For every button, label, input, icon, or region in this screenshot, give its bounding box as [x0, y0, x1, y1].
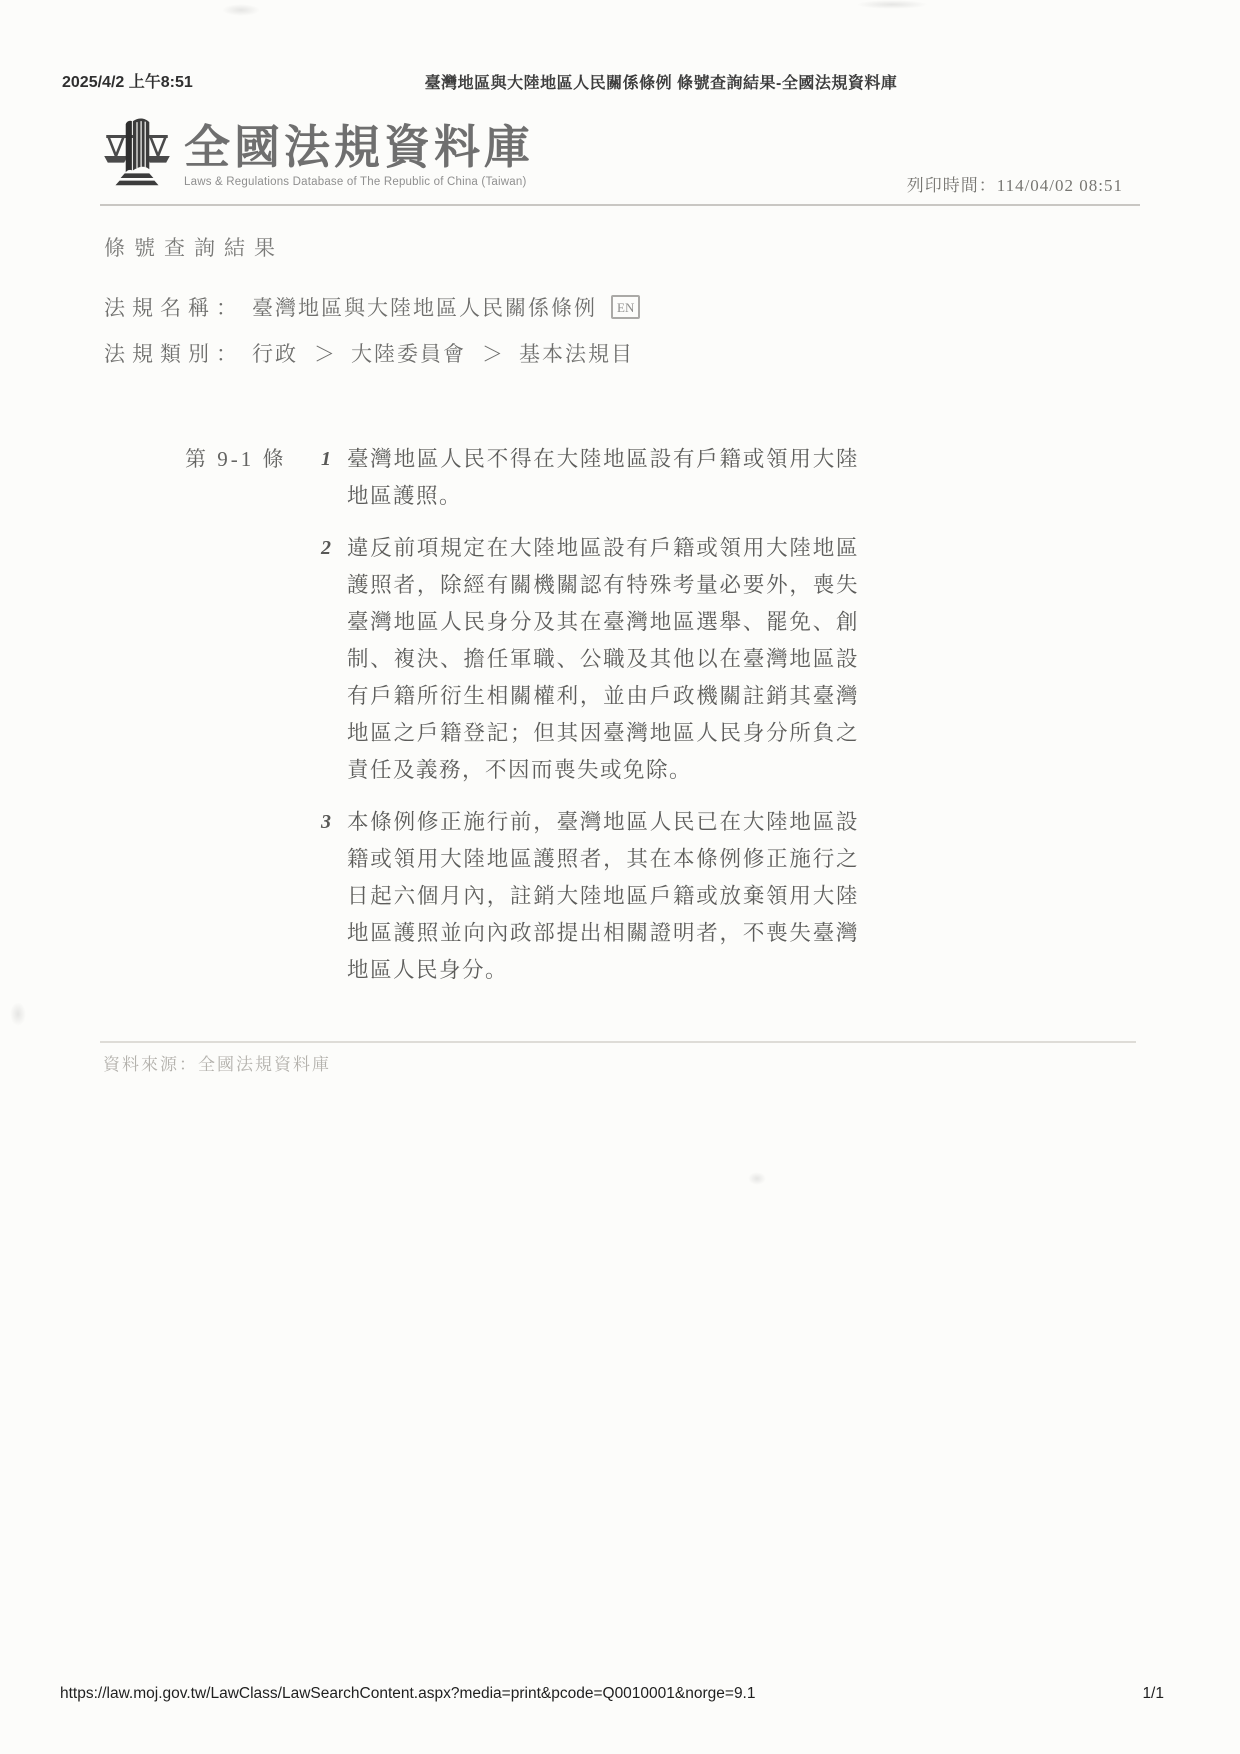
paragraph-3: 3 本條例修正施行前，臺灣地區人民已在大陸地區設籍或領用大陸地區護照者，其在本條…	[321, 804, 859, 989]
paragraph-1: 1 臺灣地區人民不得在大陸地區設有戶籍或領用大陸地區護照。	[321, 441, 859, 515]
brand-name: 全國法規資料庫	[184, 122, 534, 173]
law-name-label: 法規名稱：	[104, 296, 244, 320]
scales-and-books-icon	[96, 116, 178, 198]
scan-artifact	[10, 1002, 26, 1026]
section-title: 條號查詢結果	[104, 232, 284, 262]
scan-artifact	[222, 4, 260, 16]
paragraph-2: 2 違反前項規定在大陸地區設有戶籍或領用大陸地區護照者，除經有關機關認有特殊考量…	[321, 530, 859, 789]
paragraph-text: 臺灣地區人民不得在大陸地區設有戶籍或領用大陸地區護照。	[347, 441, 859, 515]
page-indicator: 1/1	[1142, 1685, 1164, 1703]
printed-document-page: 2025/4/2 上午8:51 臺灣地區與大陸地區人民關係條例 條號查詢結果-全…	[0, 0, 1240, 1754]
category-level-1: 行政	[252, 342, 298, 366]
brand-subtitle: Laws & Regulations Database of The Repub…	[184, 176, 534, 188]
print-header-title: 臺灣地區與大陸地區人民關係條例 條號查詢結果-全國法規資料庫	[82, 70, 1240, 93]
print-time-label: 列印時間：114/04/02 08:51	[907, 171, 1123, 196]
english-version-badge-icon: EN	[611, 295, 640, 319]
paragraph-text: 本條例修正施行前，臺灣地區人民已在大陸地區設籍或領用大陸地區護照者，其在本條例修…	[347, 804, 859, 989]
law-name: 臺灣地區與大陸地區人民關係條例	[252, 296, 597, 320]
breadcrumb-separator: ＞	[314, 342, 335, 366]
header-divider	[100, 204, 1140, 206]
print-footer-url: https://law.moj.gov.tw/LawClass/LawSearc…	[60, 1685, 756, 1703]
source-divider	[100, 1041, 1136, 1043]
scan-artifact	[748, 1172, 766, 1185]
law-name-row: 法規名稱：臺灣地區與大陸地區人民關係條例EN	[104, 292, 640, 322]
paragraph-text: 違反前項規定在大陸地區設有戶籍或領用大陸地區護照者，除經有關機關認有特殊考量必要…	[347, 530, 859, 789]
paragraph-number: 1	[321, 441, 347, 515]
paragraph-list: 1 臺灣地區人民不得在大陸地區設有戶籍或領用大陸地區護照。 2 違反前項規定在大…	[321, 441, 859, 989]
breadcrumb-separator: ＞	[482, 342, 503, 366]
paragraph-number: 3	[321, 804, 347, 989]
scan-artifact	[856, 0, 928, 9]
site-logo: 全國法規資料庫 Laws & Regulations Database of T…	[96, 116, 534, 198]
category-level-2: 大陸委員會	[351, 342, 466, 366]
source-note: 資料來源：全國法規資料庫	[103, 1050, 331, 1075]
brand-text-block: 全國法規資料庫 Laws & Regulations Database of T…	[184, 116, 534, 188]
paragraph-number: 2	[321, 530, 347, 789]
article-number: 第 9-1 條	[185, 441, 303, 478]
law-category-row: 法規類別：行政＞大陸委員會＞基本法規目	[104, 338, 634, 368]
article-block: 第 9-1 條 1 臺灣地區人民不得在大陸地區設有戶籍或領用大陸地區護照。 2 …	[185, 441, 859, 989]
law-category-label: 法規類別：	[104, 342, 244, 366]
category-level-3: 基本法規目	[519, 342, 634, 366]
